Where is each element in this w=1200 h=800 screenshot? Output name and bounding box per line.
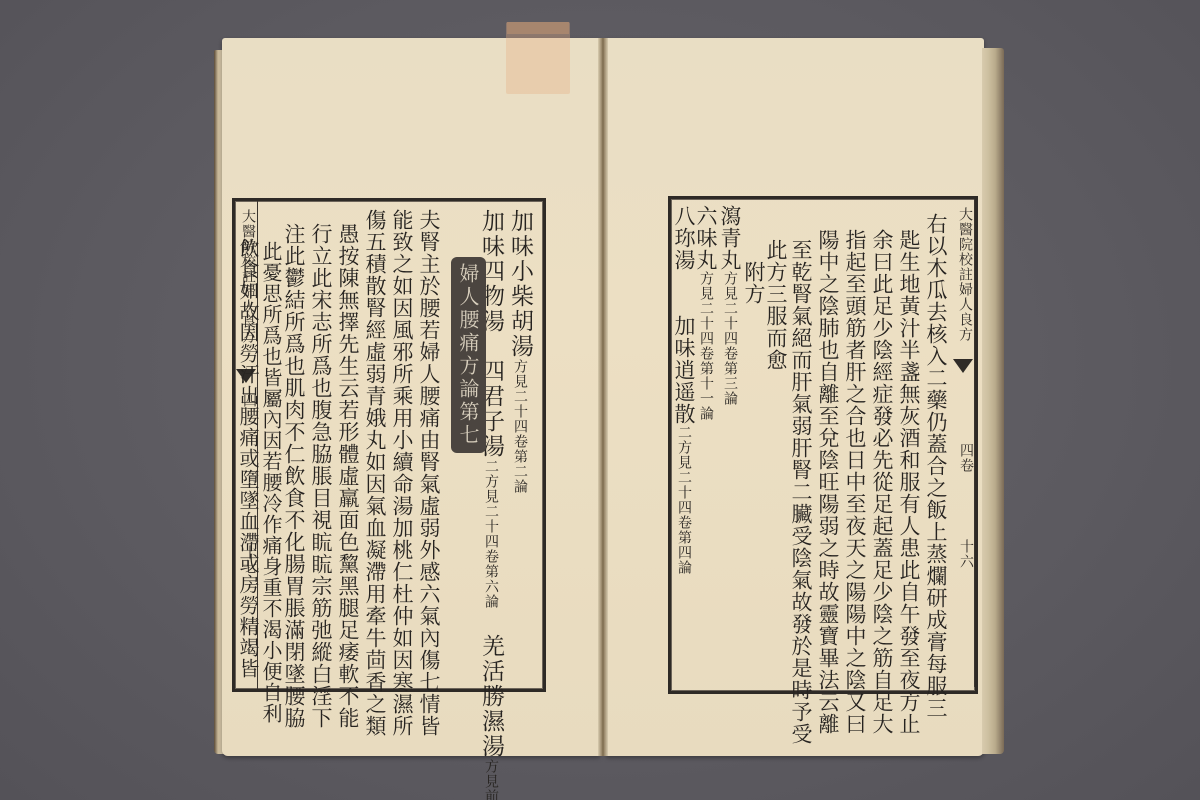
seal-label <box>507 22 569 34</box>
fishtail-book-title: 大醫院校註婦人良方 <box>955 207 975 342</box>
text-column-11: 八珎湯 加味逍遥散二方見二十四卷第四論 <box>673 205 694 575</box>
text-column-6: 至乾腎氣絕而肝氣弱肝腎二臟受陰氣故發於是時予受 <box>790 239 811 745</box>
chapter-title-box: 婦人腰痛方論第七 <box>451 257 486 453</box>
text-column-3: 夫腎主於腰若婦人腰痛由腎氣虛弱外感六氣內傷七情皆 <box>418 209 439 737</box>
text-column-1: 右以木瓜去核入二藥仍蓋合之飯上蒸爛研成膏每服三 <box>925 213 946 719</box>
text-column-6: 愚按陳無擇先生云若形體虛羸面色黧黑腿足痿軟不能 <box>337 223 358 729</box>
text-column-8: 注此鬱結所爲也肌肉不仁飲食不化腸胃脹滿閉墜腰脇 <box>283 223 304 729</box>
text-column-9: 此憂思所爲也皆屬內因若腰冷作痛身重不渴小便自利 <box>261 241 281 724</box>
text-column-10: 六味丸方見二十四卷第十一論 <box>695 205 716 421</box>
text-column-5: 傷五積散腎經虛弱青娥丸如因氣血凝滯用牽牛茴香之類 <box>364 209 385 737</box>
appendix-heading: 附方 <box>743 239 764 305</box>
text-column-7: 此方三服而愈 <box>765 239 786 371</box>
text-column-10: 飲食如故因勞汗出腰痛或墮墜血滯或房勞精竭皆 <box>238 238 258 679</box>
fishtail-page-number: 十六 <box>956 539 976 569</box>
right-print-frame: 大醫院校註婦人良方 四卷 十六 右以木瓜去核入二藥仍蓋合之飯上蒸爛研成膏每服三 … <box>668 196 978 694</box>
text-column-1: 加味小柴胡湯方見二十四卷第二論 <box>508 209 531 494</box>
text-column-3: 余曰此足少陰經症發必先從足起蓋足少陰之筋自足大 <box>871 229 892 735</box>
text-column-9: 瀉青丸方見二十四卷第三論 <box>719 205 740 406</box>
fishtail-mark <box>953 359 973 373</box>
book-gutter <box>598 38 608 756</box>
text-column-5: 陽中之陰肺也自離至兌陰旺陽弱之時故靈寶畢法云離 <box>817 229 838 735</box>
text-column-2: 匙生地黃汁半盞無灰酒和服有人患此自午發至夜方止 <box>898 229 919 735</box>
text-column-7: 行立此宋志所爲也腹急脇脹目視䀮䀮宗筋弛縱白淫下 <box>310 223 331 729</box>
fishtail-volume: 四卷 <box>956 443 976 473</box>
right-page-stack <box>982 48 1004 754</box>
text-column-4: 指起至頭筋者肝之合也日中至夜天之陽陽中之陰又曰 <box>844 229 865 735</box>
right-fishtail-column: 大醫院校註婦人良方 四卷 十六 <box>952 199 975 687</box>
text-column-4: 能致之如因風邪所乘用小續命湯加桃仁杜仲如因寒濕所 <box>391 209 412 737</box>
left-print-frame: 大醫院校註婦人良方 四 十七 加味小柴胡湯方見二十四卷第二論 加味四物湯 四君子… <box>232 198 546 692</box>
